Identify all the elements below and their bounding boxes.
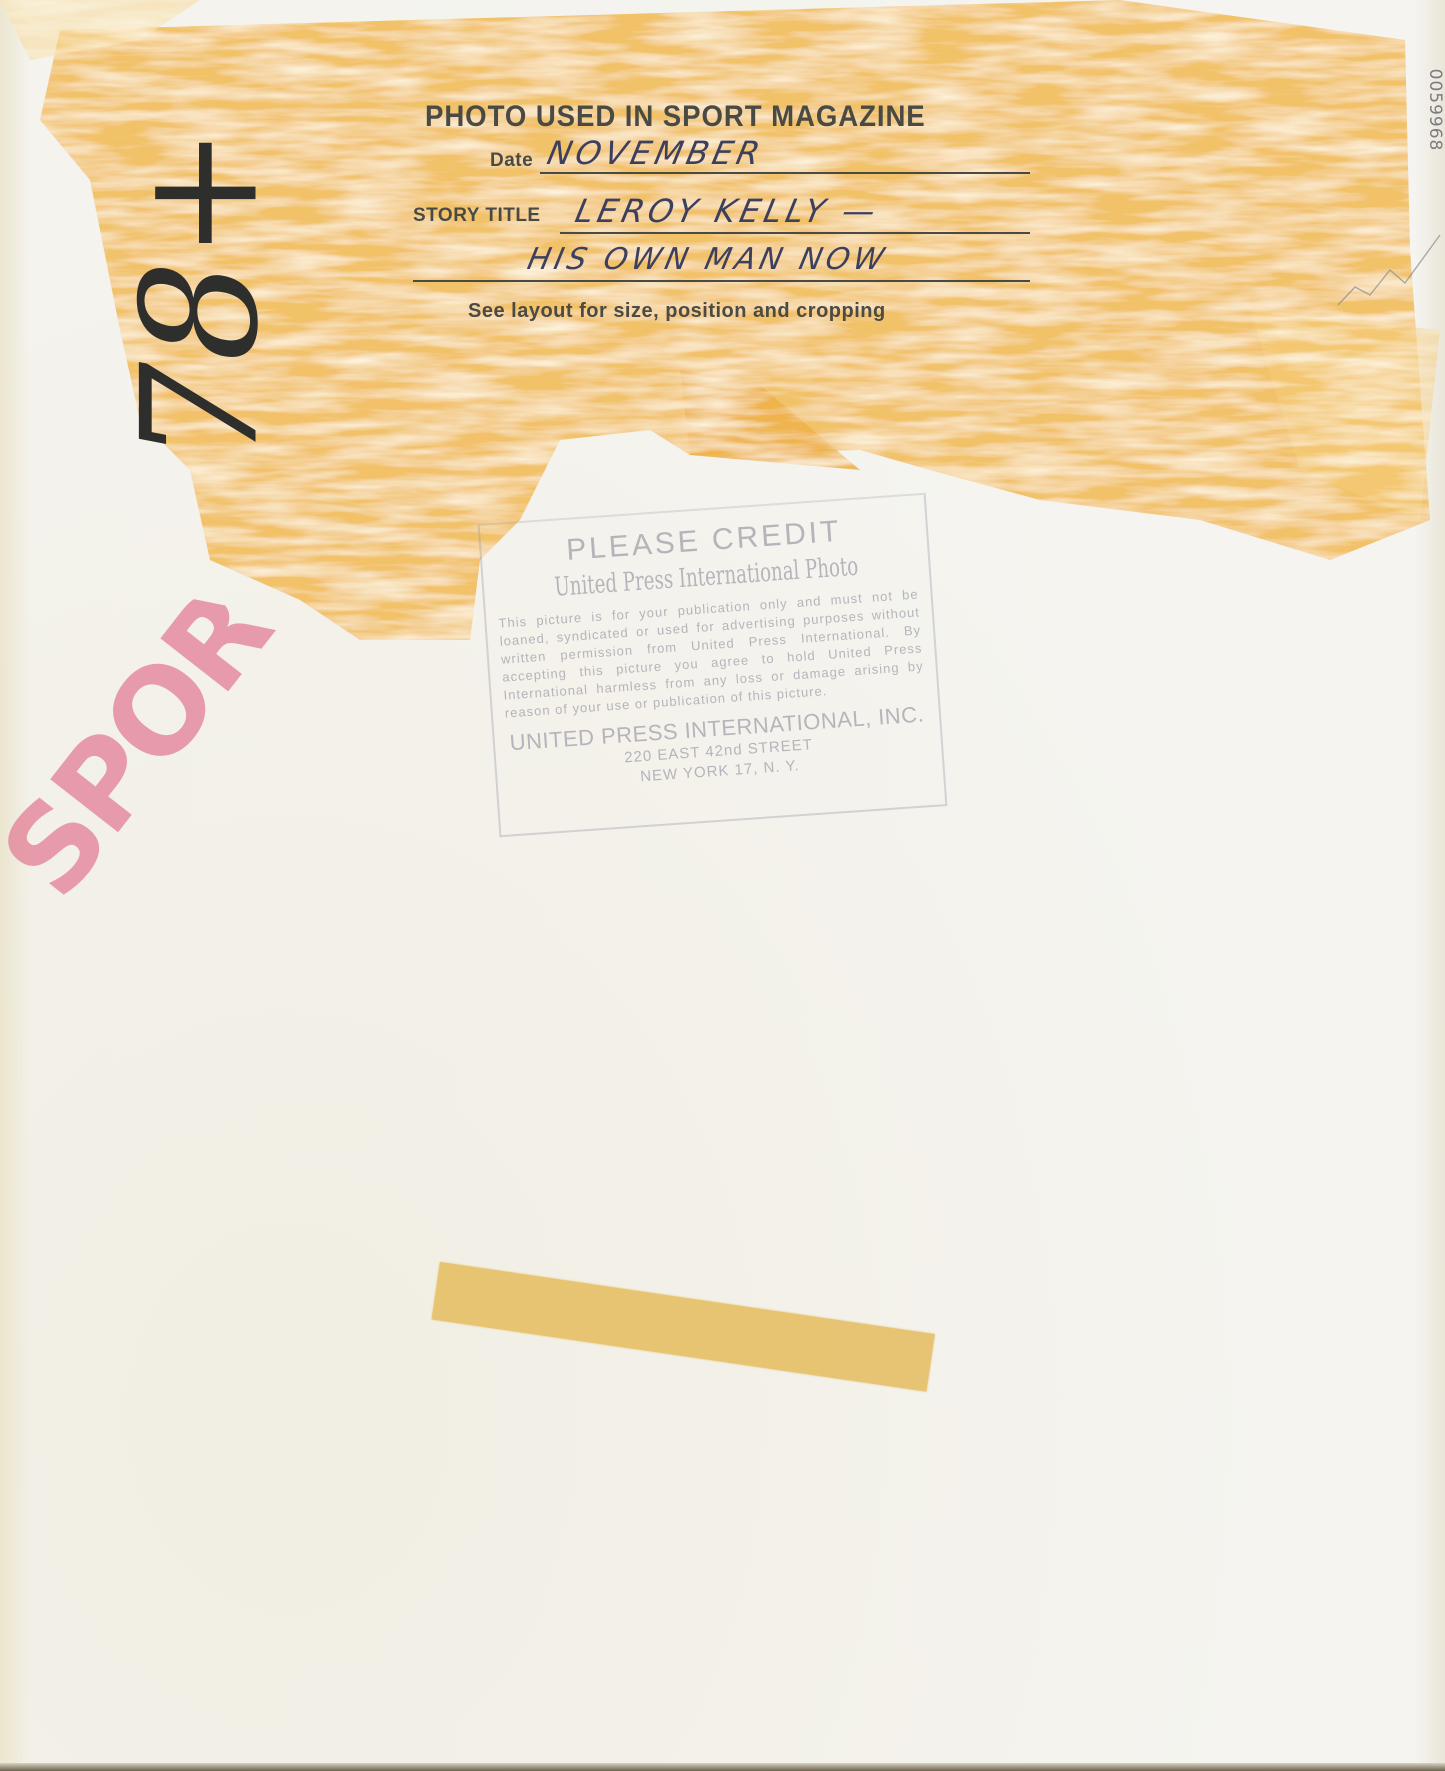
- story-title-second-rule: [413, 280, 1030, 282]
- upi-terms: This picture is for your publication onl…: [498, 585, 926, 722]
- archive-number: 0059968: [1425, 45, 1445, 175]
- layout-note: See layout for size, position and croppi…: [468, 300, 886, 323]
- scan-bottom-edge: [0, 1763, 1445, 1771]
- date-handwritten-value: NOVEMBER: [544, 134, 767, 172]
- story-title-handwritten-line2: HIS OWN MAN NOW: [524, 242, 891, 277]
- date-label: Date: [490, 150, 533, 172]
- handwritten-78-marker: 78+: [107, 164, 294, 464]
- pencil-check-mark-icon: [1330, 225, 1445, 315]
- date-rule: [540, 172, 1030, 174]
- story-title-rule: [560, 232, 1030, 234]
- story-title-label: STORY TITLE: [413, 205, 541, 227]
- story-title-handwritten-line1: LEROY KELLY —: [572, 192, 883, 230]
- stamp-title: PHOTO USED IN SPORT MAGAZINE: [425, 100, 926, 134]
- upi-credit-stamp: PLEASE CREDIT United Press International…: [478, 493, 948, 838]
